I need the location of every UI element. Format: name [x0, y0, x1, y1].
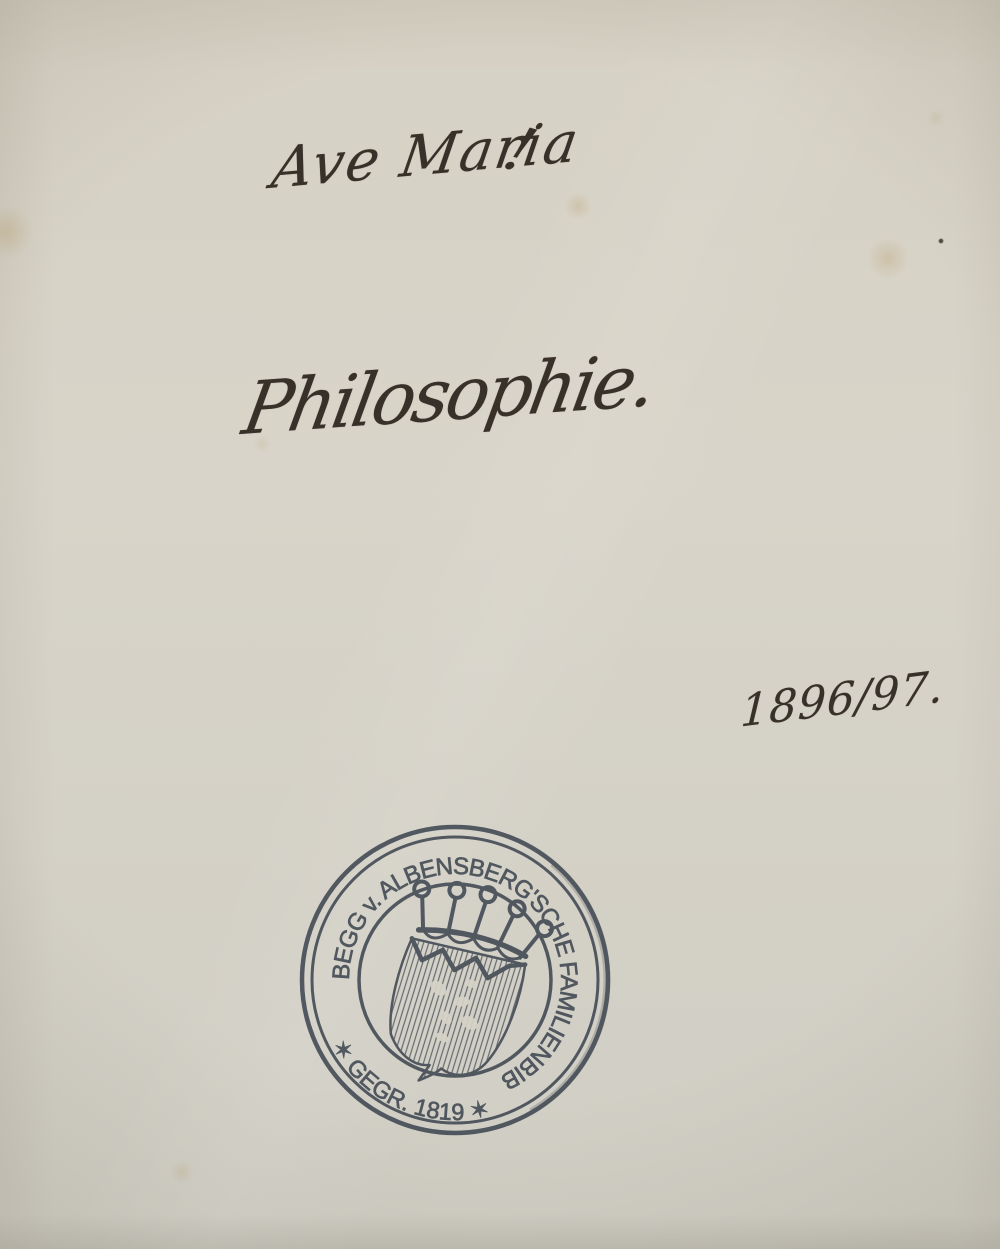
- book-page: Ave Maria ! Philosophie. 1896/97. BEGG v…: [0, 0, 1000, 1249]
- crown-ring-icon: [479, 885, 498, 904]
- library-stamp: BEGG v. ALBENSBERG'SCHE FAMILIENBIBLIOTH…: [285, 810, 625, 1150]
- handwritten-title: Philosophie.: [237, 337, 661, 451]
- handwritten-year: 1896/97.: [739, 661, 945, 738]
- crown-ring-icon: [448, 881, 467, 900]
